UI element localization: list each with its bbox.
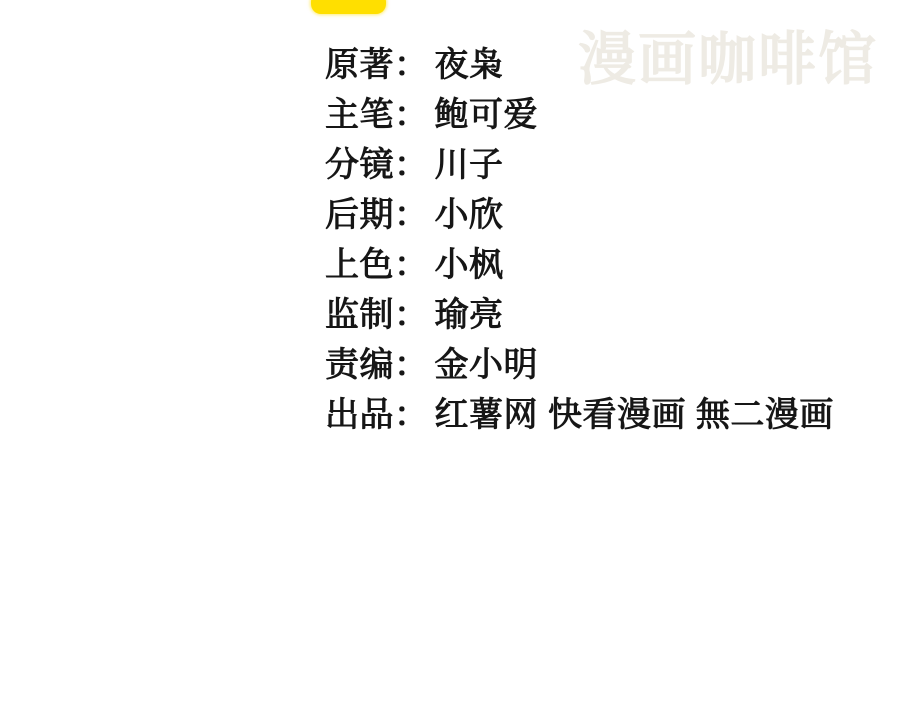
credit-row-coloring: 上色：小枫 bbox=[325, 240, 834, 290]
credit-name: 川子 bbox=[435, 140, 504, 190]
credit-role-label: 监制： bbox=[325, 290, 429, 340]
comic-credits-page: 漫画咖啡馆 原著：夜枭 主笔：鲍可爱 分镜：川子 后期：小欣 上色：小枫 监制：… bbox=[0, 0, 900, 702]
credit-role-label: 上色： bbox=[325, 240, 429, 290]
credit-row-original-author: 原著：夜枭 bbox=[325, 40, 834, 90]
credit-role-label: 责编： bbox=[325, 340, 429, 390]
yellow-tab-decoration bbox=[311, 0, 386, 14]
credit-role-label: 分镜： bbox=[325, 140, 429, 190]
credit-name: 红薯网 快看漫画 無二漫画 bbox=[435, 390, 834, 440]
credit-role-label: 后期： bbox=[325, 190, 429, 240]
credit-row-supervisor: 监制：瑜亮 bbox=[325, 290, 834, 340]
credit-role-label: 主笔： bbox=[325, 90, 429, 140]
credit-role-label: 原著： bbox=[325, 40, 429, 90]
credit-name: 瑜亮 bbox=[435, 290, 504, 340]
credit-name: 夜枭 bbox=[435, 40, 504, 90]
credit-row-storyboard: 分镜：川子 bbox=[325, 140, 834, 190]
credit-row-editor: 责编：金小明 bbox=[325, 340, 834, 390]
credit-name: 小欣 bbox=[435, 190, 504, 240]
credit-name: 金小明 bbox=[435, 340, 539, 390]
credit-role-label: 出品： bbox=[325, 390, 429, 440]
credit-row-publisher: 出品：红薯网 快看漫画 無二漫画 bbox=[325, 390, 834, 440]
credit-row-post-production: 后期：小欣 bbox=[325, 190, 834, 240]
credit-row-lead-artist: 主笔：鲍可爱 bbox=[325, 90, 834, 140]
credits-list: 原著：夜枭 主笔：鲍可爱 分镜：川子 后期：小欣 上色：小枫 监制：瑜亮 责编：… bbox=[325, 40, 834, 440]
credit-name: 鲍可爱 bbox=[435, 90, 539, 140]
credit-name: 小枫 bbox=[435, 240, 504, 290]
